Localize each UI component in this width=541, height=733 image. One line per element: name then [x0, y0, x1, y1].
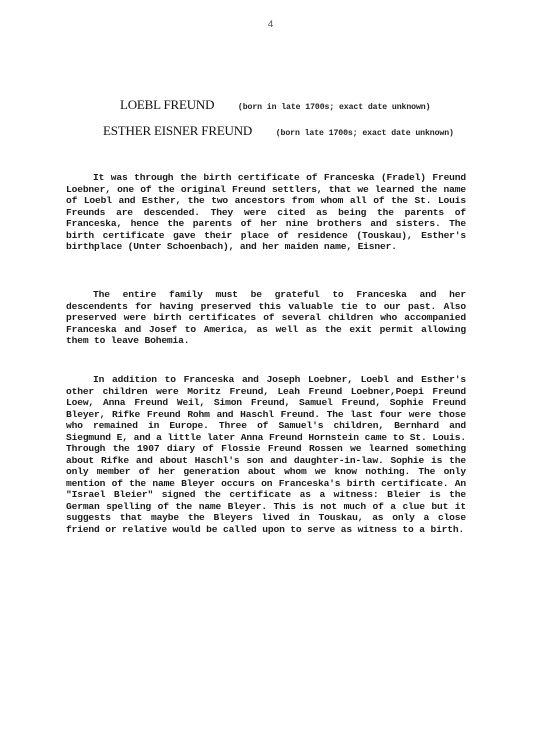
heading-esther-eisner-freund: ESTHER EISNER FREUND (born late 1700s; e…: [103, 122, 454, 140]
paragraph-text: The entire family must be grateful to Fr…: [66, 289, 466, 346]
paragraph-other-children: In addition to Franceska and Joseph Loeb…: [66, 374, 466, 535]
paragraph-gratitude: The entire family must be grateful to Fr…: [66, 289, 466, 347]
paragraph-birth-certificate: It was through the birth certificate of …: [66, 172, 466, 253]
person-name: LOEBL FREUND: [120, 97, 214, 112]
paragraph-text: In addition to Franceska and Joseph Loeb…: [66, 374, 466, 535]
person-name: ESTHER EISNER FREUND: [103, 123, 252, 138]
birth-note: (born late 1700s; exact date unknown): [276, 129, 454, 138]
birth-note: (born in late 1700s; exact date unknown): [238, 103, 431, 112]
page-number: 4: [0, 20, 541, 31]
heading-loebl-freund: LOEBL FREUND (born in late 1700s; exact …: [120, 96, 430, 114]
paragraph-text: It was through the birth certificate of …: [66, 172, 466, 252]
